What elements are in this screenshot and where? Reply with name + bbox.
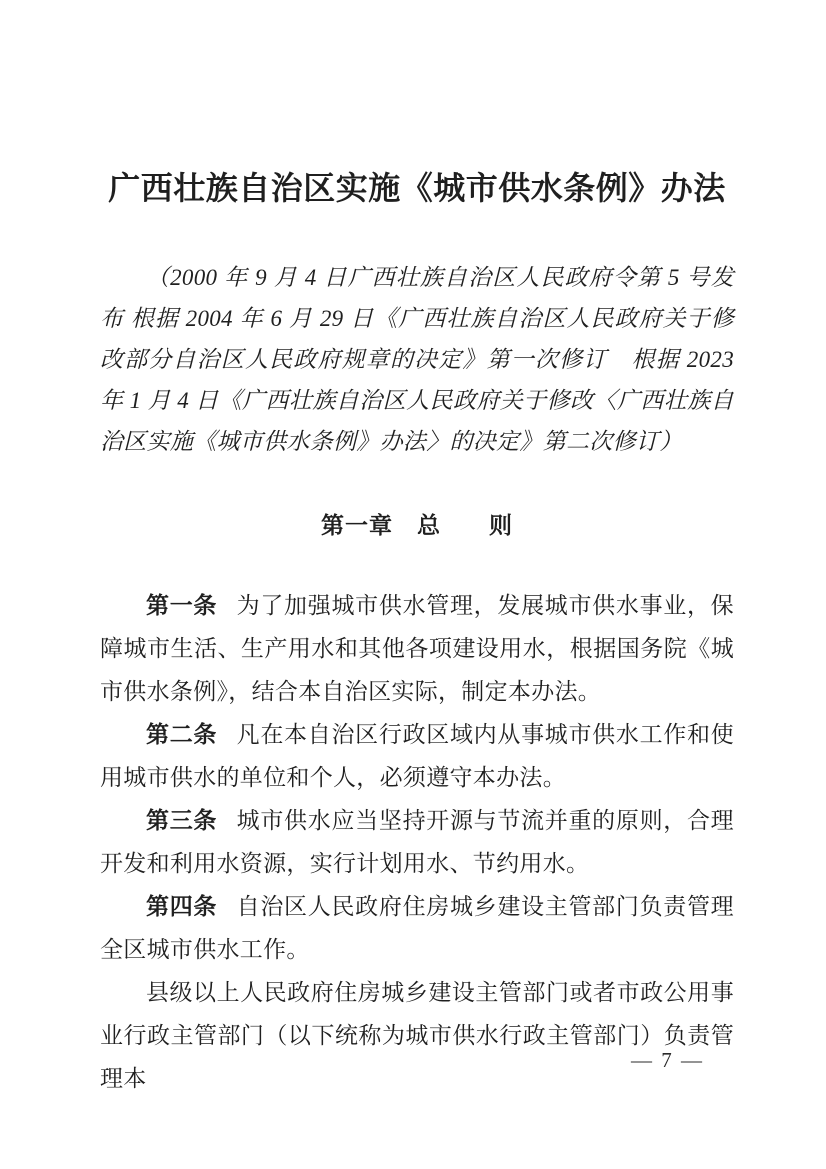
document-title: 广西壮族自治区实施《城市供水条例》办法 (100, 165, 734, 211)
document-preamble: （2000 年 9 月 4 日广西壮族自治区人民政府令第 5 号发布 根据 20… (100, 257, 734, 462)
article-label: 第二条 (146, 721, 217, 747)
article-label: 第三条 (146, 807, 217, 833)
chapter-heading: 第一章 总 则 (100, 504, 734, 547)
document-page: 广西壮族自治区实施《城市供水条例》办法 （2000 年 9 月 4 日广西壮族自… (0, 0, 826, 1169)
document-body: 第一条为了加强城市供水管理，发展城市供水事业，保障城市生活、生产用水和其他各项建… (100, 584, 734, 1100)
article-paragraph: 县级以上人民政府住房城乡建设主管部门或者市政公用事业行政主管部门（以下统称为城市… (100, 971, 734, 1100)
page-number: — 7 — (631, 1046, 704, 1074)
article-paragraph: 第一条为了加强城市供水管理，发展城市供水事业，保障城市生活、生产用水和其他各项建… (100, 584, 734, 713)
article-label: 第四条 (146, 893, 217, 919)
article-paragraph: 第四条自治区人民政府住房城乡建设主管部门负责管理全区城市供水工作。 (100, 885, 734, 971)
article-paragraph: 第三条城市供水应当坚持开源与节流并重的原则，合理开发和利用水资源，实行计划用水、… (100, 799, 734, 885)
article-paragraph: 第二条凡在本自治区行政区域内从事城市供水工作和使用城市供水的单位和个人，必须遵守… (100, 713, 734, 799)
article-text: 县级以上人民政府住房城乡建设主管部门或者市政公用事业行政主管部门（以下统称为城市… (100, 980, 734, 1091)
article-label: 第一条 (146, 592, 217, 618)
